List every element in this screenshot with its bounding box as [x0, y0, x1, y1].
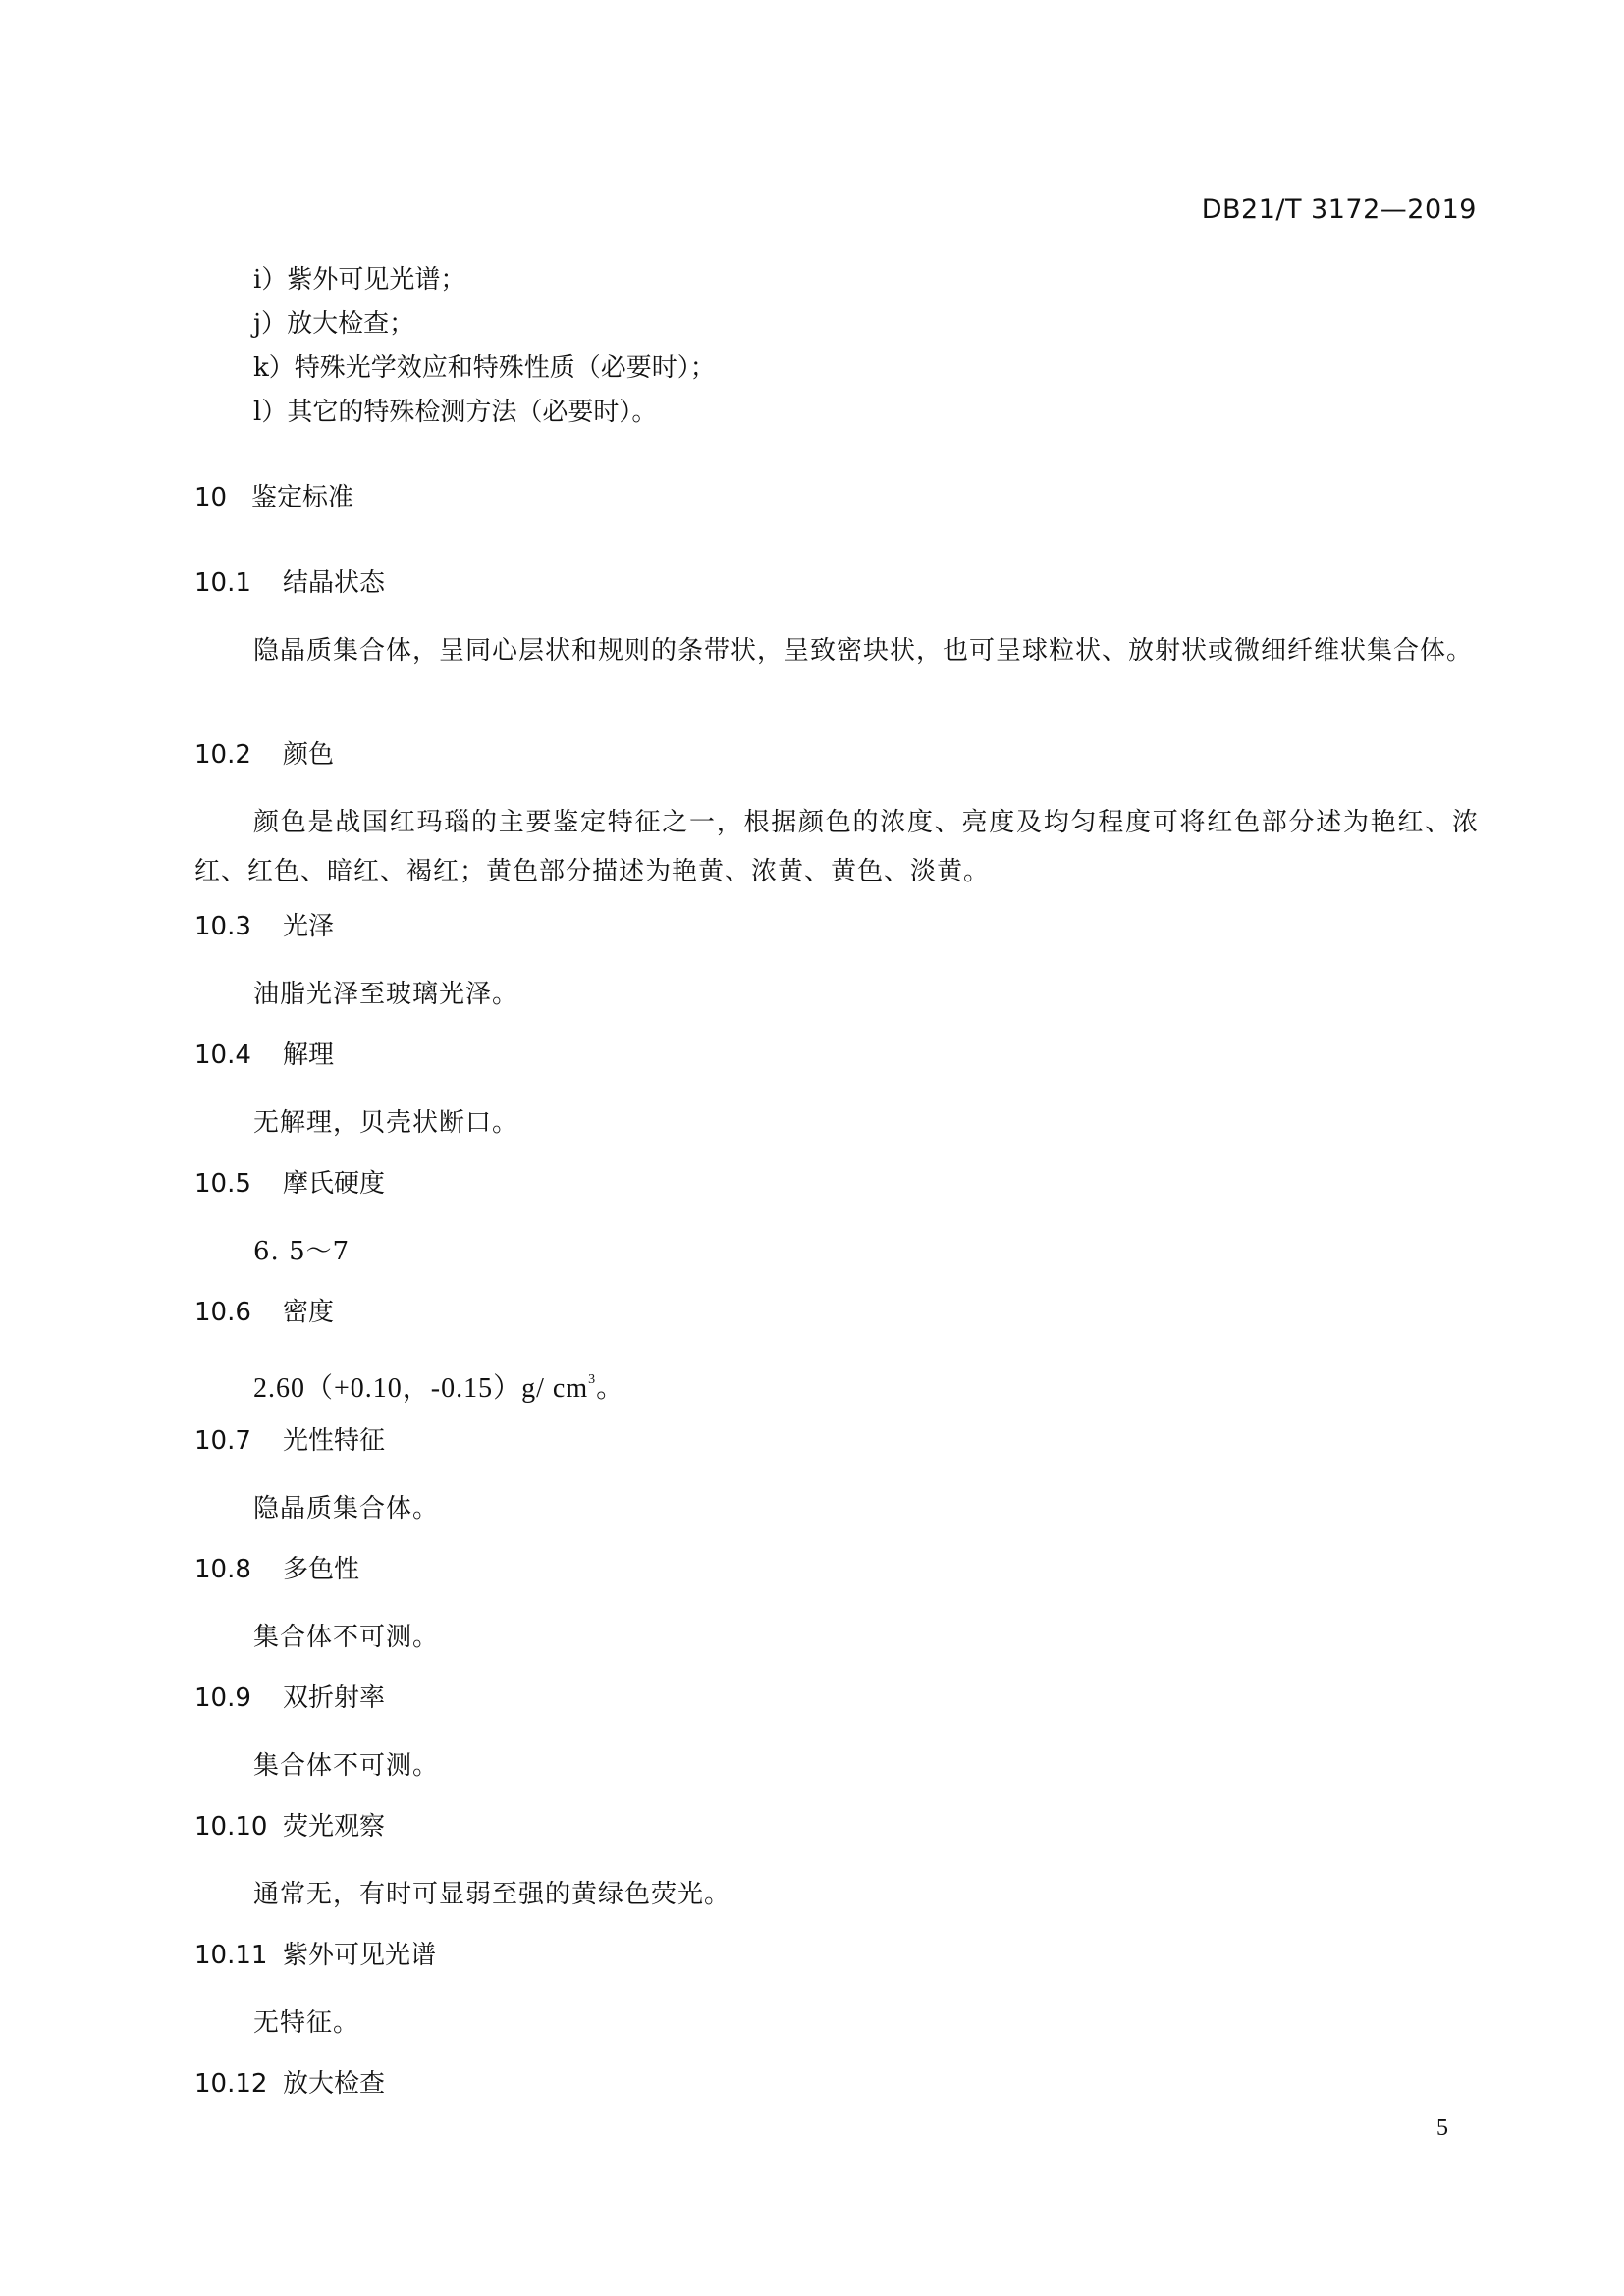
- list-marker: l）: [253, 398, 287, 427]
- section-body-10-6: 2.60（+0.10，-0.15）g/ cm3。: [194, 1356, 1479, 1414]
- section-body-10-9: 集合体不可测。: [194, 1741, 1479, 1790]
- section-title: 荧光观察: [283, 1812, 385, 1842]
- list-item-j: j）放大检查；: [253, 307, 414, 341]
- section-title: 紫外可见光谱: [283, 1941, 436, 1970]
- section-body-10-5: 6. 5～7: [194, 1227, 1479, 1276]
- chapter-title: 鉴定标准: [251, 483, 353, 512]
- section-title: 摩氏硬度: [283, 1169, 385, 1199]
- section-heading-10-6: 10.6密度: [194, 1296, 334, 1329]
- section-heading-10-3: 10.3光泽: [194, 910, 334, 943]
- section-title: 结晶状态: [283, 568, 385, 598]
- section-body-10-8: 集合体不可测。: [194, 1613, 1479, 1662]
- section-title: 放大检查: [283, 2069, 385, 2099]
- standard-code-header: DB21/T 3172—2019: [1202, 194, 1477, 225]
- section-number: 10.1: [194, 566, 283, 600]
- section-number: 10.7: [194, 1424, 283, 1458]
- chapter-heading: 10鉴定标准: [194, 481, 353, 514]
- page-number: 5: [1436, 2115, 1448, 2142]
- list-item-k: k）特殊光学效应和特殊性质（必要时）；: [253, 351, 716, 385]
- section-body-10-3: 油脂光泽至玻璃光泽。: [194, 970, 1479, 1019]
- list-text: 其它的特殊检测方法（必要时）。: [287, 398, 657, 427]
- section-number: 10.10: [194, 1810, 283, 1843]
- list-text: 紫外可见光谱；: [287, 265, 465, 294]
- section-body-10-7: 隐晶质集合体。: [194, 1484, 1479, 1533]
- section-heading-10-1: 10.1结晶状态: [194, 566, 385, 600]
- section-heading-10-2: 10.2颜色: [194, 738, 334, 772]
- section-number: 10.11: [194, 1939, 283, 1972]
- section-heading-10-8: 10.8多色性: [194, 1553, 359, 1586]
- list-text: 放大检查；: [287, 309, 414, 339]
- list-marker: j）: [253, 309, 287, 339]
- section-title: 光泽: [283, 912, 334, 941]
- density-value: 2.60（+0.10，-0.15）g/ cm: [253, 1373, 588, 1404]
- section-heading-10-7: 10.7光性特征: [194, 1424, 385, 1458]
- density-unit-exponent: 3: [588, 1372, 596, 1387]
- section-heading-10-12: 10.12放大检查: [194, 2067, 385, 2101]
- section-number: 10.5: [194, 1167, 283, 1201]
- section-heading-10-9: 10.9双折射率: [194, 1682, 385, 1715]
- section-number: 10.9: [194, 1682, 283, 1715]
- chapter-number: 10: [194, 481, 251, 514]
- list-text: 特殊光学效应和特殊性质（必要时）；: [295, 353, 716, 383]
- section-body-10-2: 颜色是战国红玛瑙的主要鉴定特征之一，根据颜色的浓度、亮度及均匀程度可将红色部分述…: [194, 798, 1479, 896]
- document-page: DB21/T 3172—2019 i）紫外可见光谱； j）放大检查； k）特殊光…: [0, 0, 1624, 2296]
- section-body-10-4: 无解理，贝壳状断口。: [194, 1098, 1479, 1148]
- section-number: 10.8: [194, 1553, 283, 1586]
- section-heading-10-4: 10.4解理: [194, 1039, 334, 1072]
- density-end: 。: [596, 1373, 624, 1404]
- list-item-i: i）紫外可见光谱；: [253, 263, 465, 296]
- section-title: 颜色: [283, 740, 334, 770]
- section-heading-10-5: 10.5摩氏硬度: [194, 1167, 385, 1201]
- list-marker: i）: [253, 265, 287, 294]
- section-title: 双折射率: [283, 1683, 385, 1713]
- section-number: 10.4: [194, 1039, 283, 1072]
- section-body-10-10: 通常无，有时可显弱至强的黄绿色荧光。: [194, 1870, 1479, 1919]
- section-number: 10.3: [194, 910, 283, 943]
- list-item-l: l）其它的特殊检测方法（必要时）。: [253, 396, 657, 429]
- section-body-10-1: 隐晶质集合体，呈同心层状和规则的条带状，呈致密块状，也可呈球粒状、放射状或微细纤…: [194, 626, 1479, 675]
- section-title: 光性特征: [283, 1426, 385, 1456]
- section-title: 解理: [283, 1041, 334, 1070]
- section-number: 10.2: [194, 738, 283, 772]
- section-heading-10-10: 10.10荧光观察: [194, 1810, 385, 1843]
- list-marker: k）: [253, 353, 295, 383]
- section-title: 密度: [283, 1298, 334, 1327]
- section-number: 10.12: [194, 2067, 283, 2101]
- section-body-10-11: 无特征。: [194, 1999, 1479, 2048]
- section-number: 10.6: [194, 1296, 283, 1329]
- section-heading-10-11: 10.11紫外可见光谱: [194, 1939, 436, 1972]
- section-title: 多色性: [283, 1555, 359, 1584]
